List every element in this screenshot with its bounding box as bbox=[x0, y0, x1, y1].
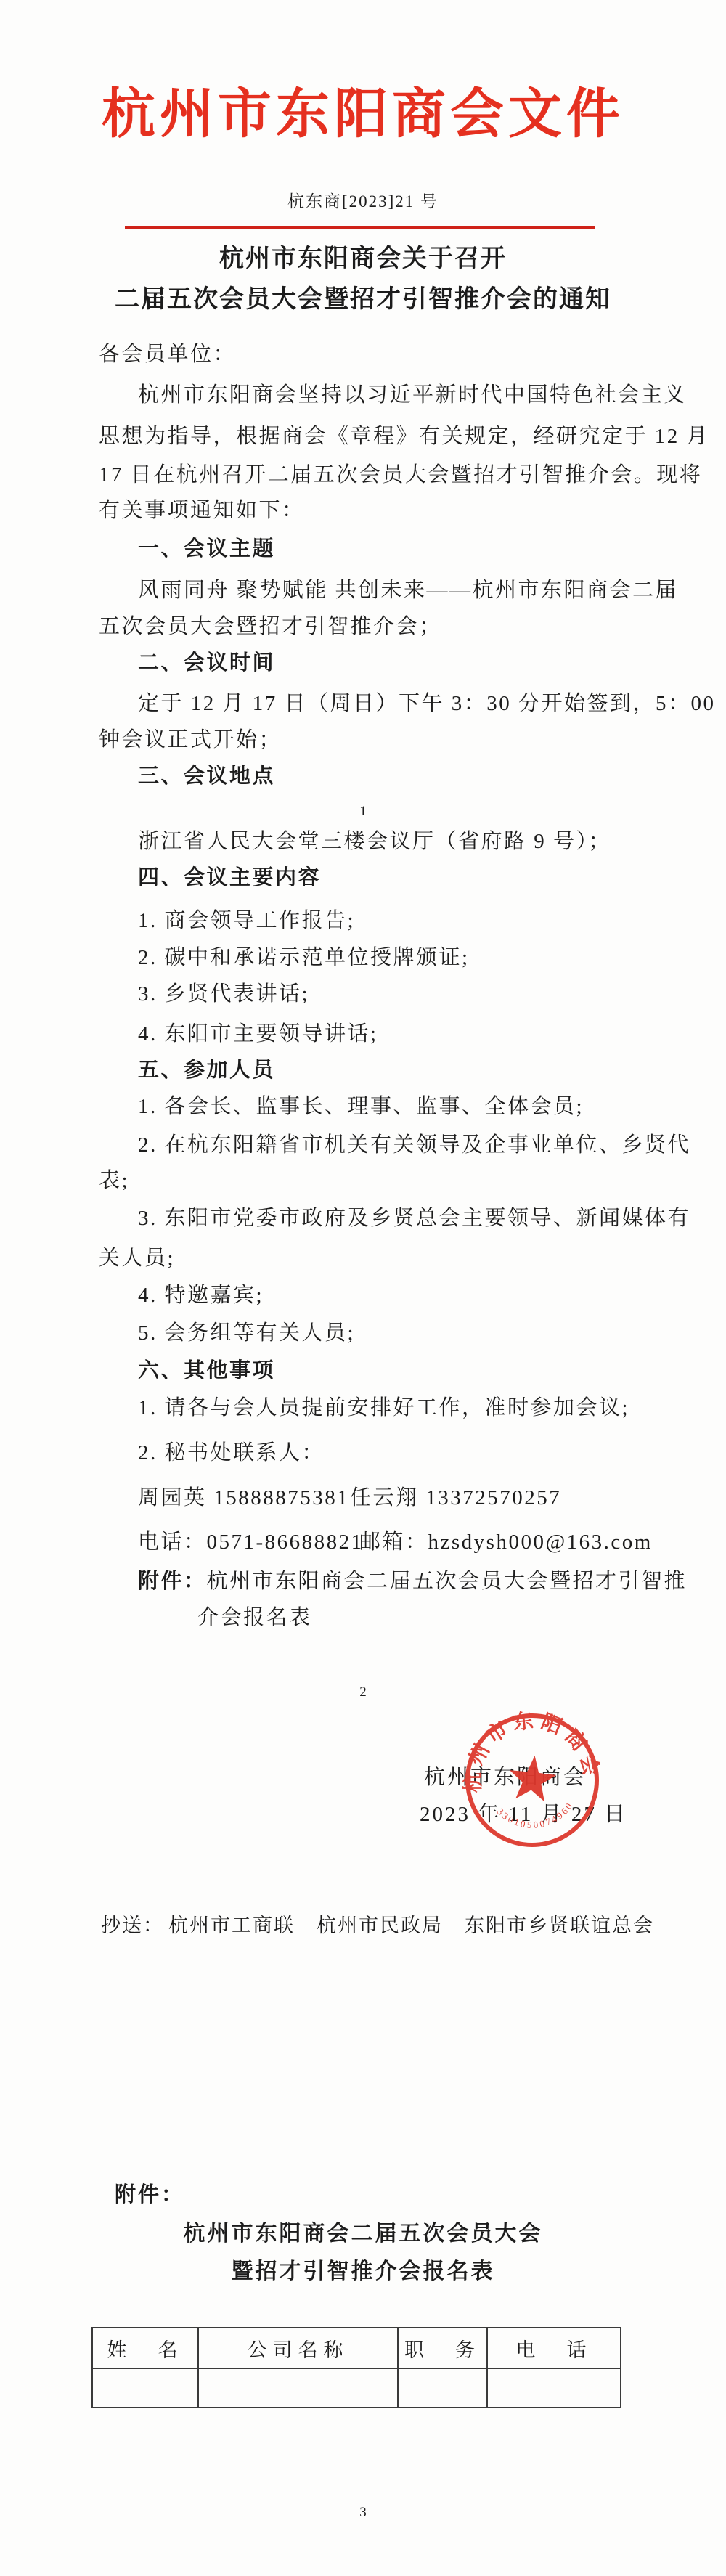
seal-star-icon bbox=[508, 1753, 559, 1805]
notice-title-line1: 杭州市东阳商会关于召开 bbox=[0, 244, 726, 275]
section5-item-3-line-1: 3. 东阳市党委市政府及乡贤总会主要领导、新闻媒体有 bbox=[138, 1205, 690, 1231]
page-number-2: 2 bbox=[0, 1684, 726, 1701]
cc-recipient-2: 杭州市民政局 bbox=[317, 1915, 443, 1936]
attachment-reference-line-1: 附件：杭州市东阳商会二届五次会员大会暨招才引智推 bbox=[138, 1568, 687, 1594]
salutation: 各会员单位： bbox=[99, 341, 236, 367]
section6-item-2: 2. 秘书处联系人： bbox=[138, 1440, 325, 1466]
section5-item-2-line-2: 表; bbox=[99, 1167, 129, 1194]
cell-position bbox=[398, 2368, 487, 2408]
page-number-3: 3 bbox=[0, 2504, 726, 2522]
section2-line-2: 钟会议正式开始； bbox=[99, 727, 282, 753]
section1-heading: 一、会议主题 bbox=[138, 536, 275, 562]
cell-phone bbox=[487, 2368, 621, 2408]
section4-item-2: 2. 碳中和承诺示范单位授牌颁证; bbox=[138, 945, 470, 971]
section6-item-1: 1. 请各与会人员提前安排好工作，准时参加会议; bbox=[138, 1395, 629, 1421]
attachment-reference-label: 附件： bbox=[138, 1570, 207, 1593]
intro-line-4: 有关事项通知如下： bbox=[99, 497, 305, 523]
contact-phone: 电话：0571-86688821 bbox=[138, 1529, 364, 1555]
attachment-page-label: 附件： bbox=[115, 2182, 184, 2208]
signup-table-empty-row bbox=[92, 2368, 621, 2408]
cc-recipient-3: 东阳市乡贤联谊总会 bbox=[465, 1915, 654, 1936]
attachment-reference-line-2: 介会报名表 bbox=[197, 1605, 312, 1631]
cc-label: 抄送： bbox=[101, 1915, 164, 1936]
section1-line-1: 风雨同舟 聚势赋能 共创未来——杭州市东阳商会二届 bbox=[138, 577, 678, 603]
section3-heading: 三、会议地点 bbox=[138, 763, 275, 789]
section5-item-2-line-1: 2. 在杭东阳籍省市机关有关领导及企事业单位、乡贤代 bbox=[138, 1132, 690, 1158]
section1-line-2: 五次会员大会暨招才引智推介会； bbox=[99, 614, 442, 640]
letterhead-title: 杭州市东阳商会文件 bbox=[0, 81, 726, 149]
section2-heading: 二、会议时间 bbox=[138, 650, 275, 676]
seal-graphic: 杭州市东阳商会 3301050074960 bbox=[454, 1703, 609, 1857]
intro-line-2: 思想为指导，根据商会《章程》有关规定，经研究定于 12 月 bbox=[99, 423, 709, 449]
signup-table-header-row: 姓 名 公司名称 职 务 电 话 bbox=[92, 2328, 621, 2368]
seal-number: 3301050074960 bbox=[494, 1798, 578, 1834]
contact-person-1: 周园英 15888875381 bbox=[138, 1485, 349, 1511]
cell-name bbox=[92, 2368, 198, 2408]
page-number-1: 1 bbox=[0, 803, 726, 820]
cell-company bbox=[198, 2368, 398, 2408]
section5-item-4: 4. 特邀嘉宾; bbox=[138, 1282, 264, 1308]
intro-line-1: 杭州市东阳商会坚持以习近平新时代中国特色社会主义 bbox=[138, 382, 687, 408]
section5-item-5: 5. 会务组等有关人员; bbox=[138, 1320, 355, 1346]
contact-person-2: 任云翔 13372570257 bbox=[350, 1485, 561, 1511]
seal-number-text-shape: 3301050074960 bbox=[494, 1798, 578, 1834]
attachment-title-line-1: 杭州市东阳商会二届五次会员大会 bbox=[0, 2220, 726, 2248]
official-seal-stamp: 杭州市东阳商会 3301050074960 bbox=[454, 1703, 609, 1857]
section5-item-3-line-2: 关人员; bbox=[99, 1245, 175, 1271]
cc-recipient-1: 杭州市工商联 bbox=[168, 1915, 295, 1936]
attachment-reference-text: 杭州市东阳商会二届五次会员大会暨招才引智推 bbox=[207, 1570, 688, 1593]
header-name: 姓 名 bbox=[92, 2328, 198, 2368]
section4-heading: 四、会议主要内容 bbox=[138, 865, 321, 891]
intro-line-3: 17 日在杭州召开二届五次会员大会暨招才引智推介会。现将 bbox=[99, 462, 702, 488]
cc-line: 抄送：杭州市工商联杭州市民政局东阳市乡贤联谊总会 bbox=[101, 1914, 654, 1939]
header-phone: 电 话 bbox=[487, 2328, 621, 2368]
attachment-title-line-2: 暨招才引智推介会报名表 bbox=[0, 2258, 726, 2286]
red-divider-line bbox=[125, 226, 595, 229]
section4-item-3: 3. 乡贤代表讲话; bbox=[138, 981, 309, 1007]
header-company: 公司名称 bbox=[198, 2328, 398, 2368]
header-position: 职 务 bbox=[398, 2328, 487, 2368]
doc-number: 杭东商[2023]21 号 bbox=[0, 192, 726, 213]
notice-title-line2: 二届五次会员大会暨招才引智推介会的通知 bbox=[0, 285, 726, 316]
section4-item-4: 4. 东阳市主要领导讲话; bbox=[138, 1021, 378, 1047]
section5-item-1: 1. 各会长、监事长、理事、监事、全体会员; bbox=[138, 1093, 584, 1120]
section2-line-1: 定于 12 月 17 日（周日）下午 3：30 分开始签到，5：00 bbox=[138, 690, 716, 717]
section3-line-1: 浙江省人民大会堂三楼会议厅（省府路 9 号）； bbox=[138, 828, 611, 855]
document-page: 杭州市东阳商会文件 杭东商[2023]21 号 杭州市东阳商会关于召开 二届五次… bbox=[0, 0, 726, 2576]
section6-heading: 六、其他事项 bbox=[138, 1358, 275, 1384]
section4-item-1: 1. 商会领导工作报告; bbox=[138, 908, 355, 934]
contact-email: 邮箱：hzsdysh000@163.com bbox=[359, 1529, 653, 1555]
section5-heading: 五、参加人员 bbox=[138, 1057, 275, 1083]
signup-form-table: 姓 名 公司名称 职 务 电 话 bbox=[91, 2327, 621, 2408]
